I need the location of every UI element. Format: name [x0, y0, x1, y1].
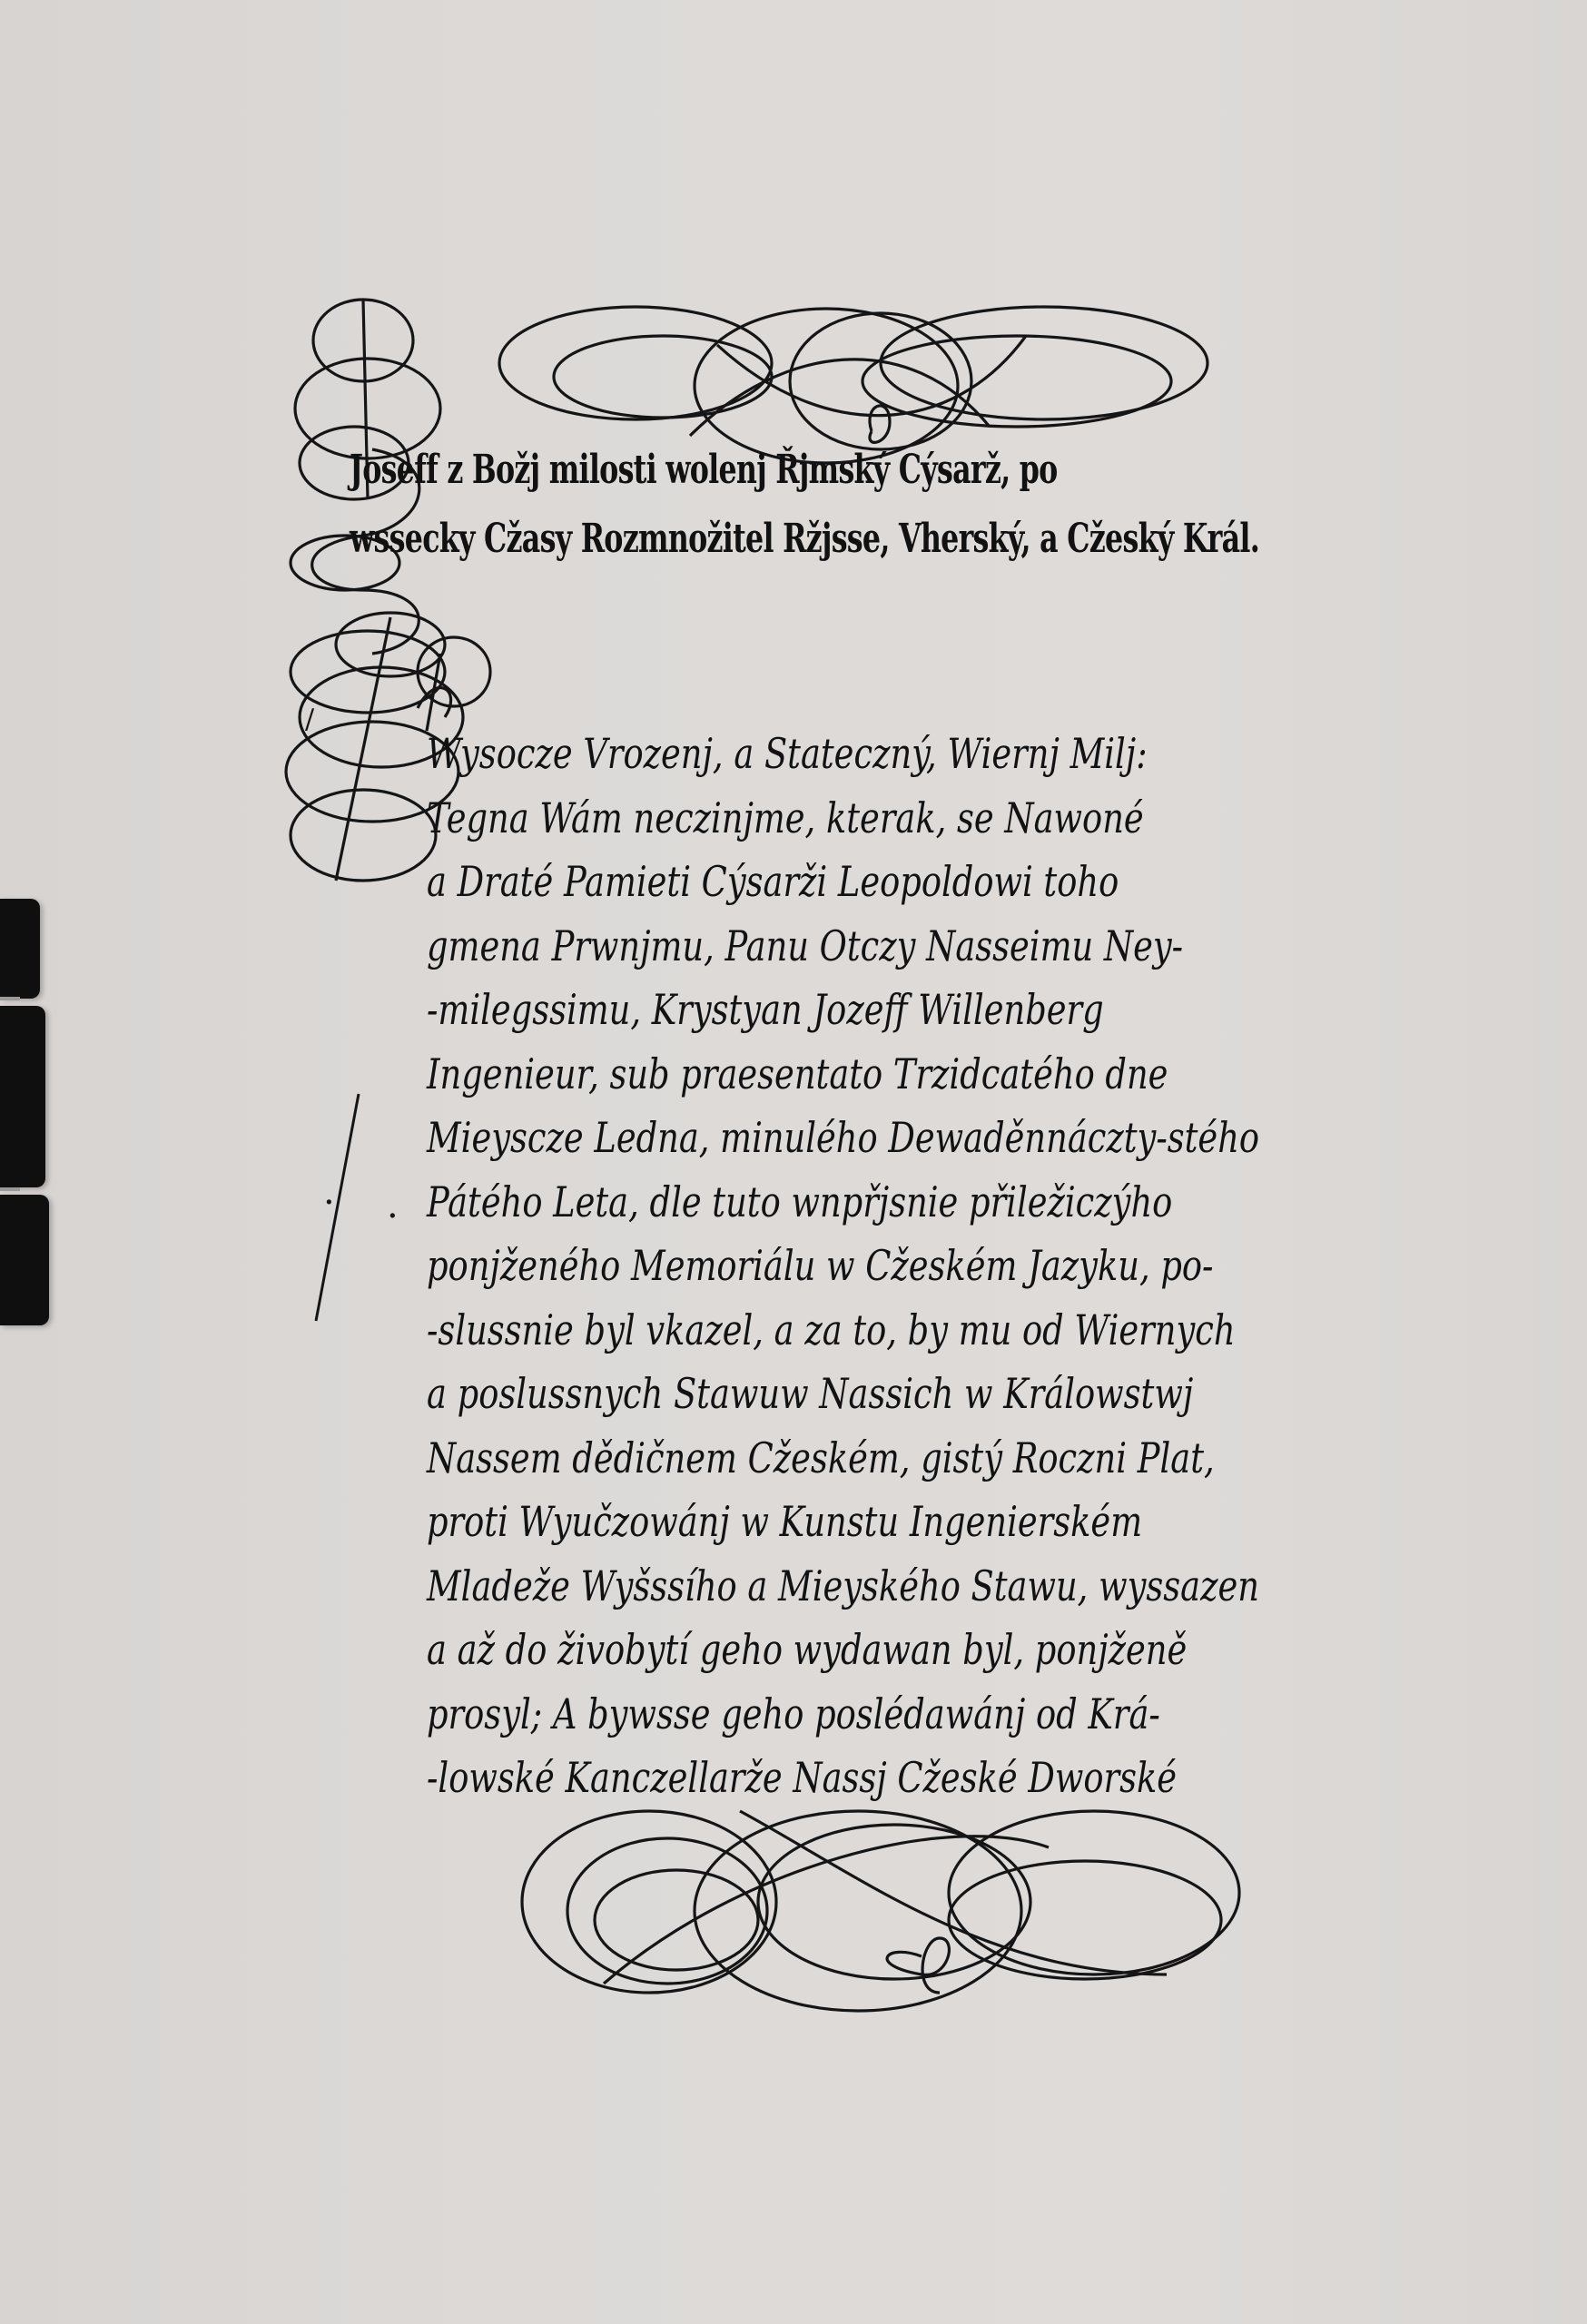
body-line: Nassem dědičnem Cžeském, gistý Roczni Pl…: [427, 1426, 1269, 1491]
body-line: a poslussnych Stawuw Nassich w Králowstw…: [427, 1362, 1269, 1426]
body-line: -milegssimu, Krystyan Jozeff Willenberg: [427, 978, 1269, 1042]
bottom-flourish-ornament: [513, 1793, 1257, 2011]
binder-clip-segment: [0, 1195, 49, 1325]
body-text: Wysocze Vrozenj, a Stateczný, Wiernj Mil…: [427, 722, 1480, 1810]
body-line: Ingenieur, sub praesentato Trzidcatého d…: [427, 1042, 1269, 1107]
margin-tick: /: [305, 704, 314, 735]
binder-clip-segment: [0, 899, 40, 999]
body-line: Mieyscze Ledna, minulého Dewaděnnáczty-s…: [427, 1106, 1269, 1170]
body-line: Mladeže Wyšssího a Mieyského Stawu, wyss…: [427, 1554, 1269, 1619]
body-line: a až do živobytí geho wydawan byl, ponjž…: [427, 1618, 1269, 1682]
margin-dot: .: [387, 1185, 399, 1226]
body-line: gmena Prwnjmu, Panu Otczy Nasseimu Ney-: [427, 914, 1269, 979]
body-line: Pátého Leta, dle tuto wnpřjsnie přiležic…: [427, 1170, 1269, 1235]
margin-slash-mark: [309, 1089, 363, 1325]
heading-line-1: Joseff z Božj milosti wolenj Řjmský Cýsa…: [350, 447, 1154, 493]
body-line: -slussnie byl vkazel, a za to, by mu od …: [427, 1298, 1269, 1363]
body-line: proti Wyučzowánj w Kunstu Ingenierském: [427, 1490, 1269, 1554]
manuscript-page: Joseff z Božj milosti wolenj Řjmský Cýsa…: [0, 0, 1587, 2324]
body-line: Wysocze Vrozenj, a Stateczný, Wiernj Mil…: [427, 722, 1269, 786]
binder-clip-wire: [0, 1187, 20, 1191]
margin-dot: .: [323, 1171, 335, 1213]
binder-clip: [0, 899, 50, 1325]
heading-line-2: wssecky Cžasy Rozmnožitel Ržjsse, Vhersk…: [350, 516, 1154, 562]
binder-clip-wire: [0, 997, 20, 1000]
body-line: Tegna Wám neczinjme, kterak, se Nawoné: [427, 786, 1269, 851]
body-initial-flourish: [390, 635, 499, 735]
body-line: a Draté Pamieti Cýsarži Leopoldowi toho: [427, 850, 1269, 914]
body-line: ponjženého Memoriálu w Cžeském Jazyku, p…: [427, 1234, 1269, 1298]
body-line: prosyl; A bywsse geho poslédawánj od Krá…: [427, 1682, 1269, 1747]
binder-clip-segment: [0, 1006, 45, 1187]
top-flourish-ornament: [481, 290, 1226, 472]
